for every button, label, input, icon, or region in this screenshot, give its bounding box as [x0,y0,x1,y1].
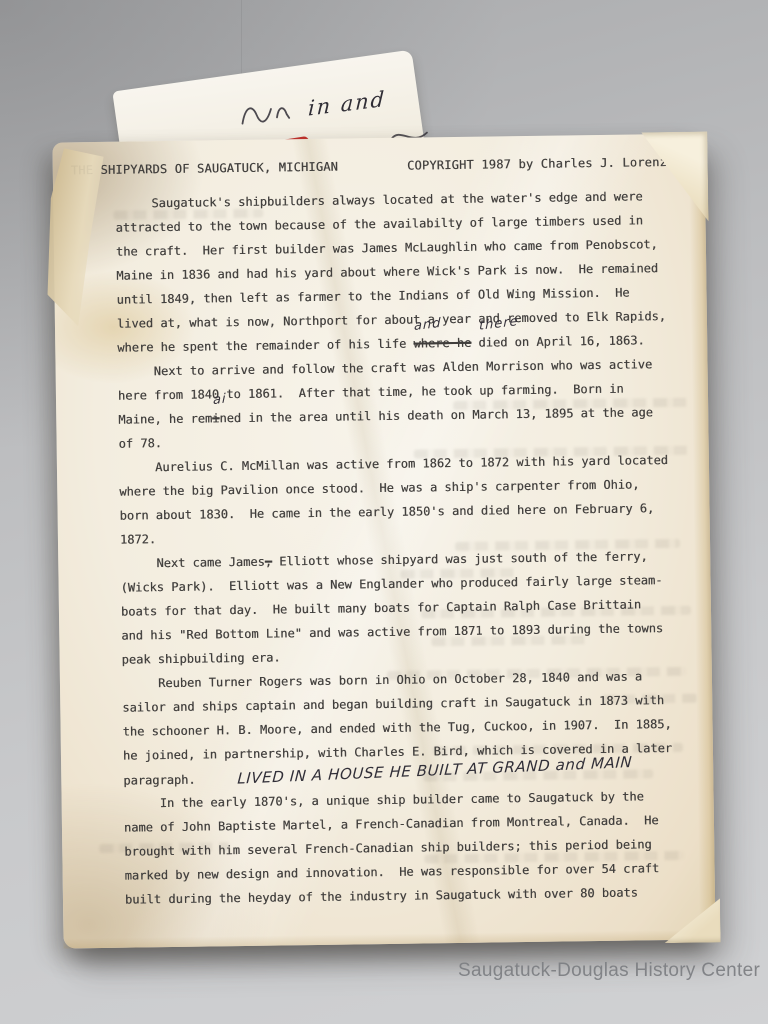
watermark: Saugatuck-Douglas History Center [458,960,760,982]
typed-text: sailor and ships captain and began build… [122,693,664,715]
typed-text: paragraph. [123,773,195,788]
typed-text: born about 1830. He came in the early 18… [120,501,655,522]
typed-text: Elliott whose shipyard was just south of… [272,549,648,568]
typed-text: Maine in 1836 and had his yard about whe… [116,261,658,283]
document-text: THE SHIPYARDS OF SAUGATUCK, MICHIGANCOPY… [52,133,715,912]
typed-text: brought with him several French-Canadian… [124,837,652,858]
typed-text: (Wicks Park). Elliott was a New Englande… [121,573,663,595]
typed-text: the schooner H. B. Moore, and ended with… [123,717,672,739]
typed-text: attracted to the town because of the ava… [116,213,644,234]
typed-text: 1872. [120,532,156,547]
typed-text: Next to arrive and follow the craft was … [118,357,653,378]
typed-text: Reuben Turner Rogers was born in Ohio on… [122,669,642,690]
document-title-line: THE SHIPYARDS OF SAUGATUCK, MICHIGANCOPY… [71,150,677,182]
typed-text: In the early 1870's, a unique ship build… [124,789,644,810]
struck-text: i [212,411,219,425]
document-title: THE SHIPYARDS OF SAUGATUCK, MICHIGAN [71,160,338,178]
page-bottom-edge [64,929,716,948]
typed-text: built during the heyday of the industry … [125,885,638,906]
typed-text: peak shipbuilding era. [122,650,281,666]
typed-text: where he spent the remainder of his life [117,337,413,355]
typed-text: lived at, what is now, Northport for abo… [117,309,666,331]
typed-text: on April 16, 1863. [507,333,644,349]
typed-text: Saugatuck's shipbuilders always located … [115,189,643,210]
document-page: THE SHIPYARDS OF SAUGATUCK, MICHIGANCOPY… [52,133,715,948]
typed-text: where the big Pavilion once stood. He wa… [119,477,639,498]
bottom-right-corner-fold [664,898,721,943]
typed-text: Next came James [120,555,265,571]
typed-text: marked by new design and innovation. He … [125,861,660,882]
typed-text: name of John Baptiste Martel, a French-C… [124,813,659,834]
typed-text: until 1849, then left as farmer to the I… [117,286,630,307]
typed-lines: Saugatuck's shipbuilders always located … [115,184,687,912]
typed-text: boats for that day. He built many boats … [121,597,641,618]
handwritten-annotation: ai [213,391,227,408]
typed-text: of 78. [119,436,163,451]
handwritten-annotation: and [414,316,442,334]
typed-text: died [478,335,507,349]
typed-text: and his "Red Bottom Line" and was active… [121,621,663,643]
struck-text: where he [413,336,471,351]
title-gap [338,170,407,171]
typed-text: the craft. Her first builder was James M… [116,237,658,259]
handwritten-annotation: there [479,314,519,334]
typed-text: here from 1840 to 1861. After that time,… [118,382,624,403]
typed-text: Maine, he rem [118,411,212,426]
copyright-notice: COPYRIGHT 1987 by Charles J. Lorenz [407,155,667,173]
photo-scene: in and THE SHIPYARDS OF SAUGATUCK, MICHI… [0,0,768,1024]
typed-text: Aurelius C. McMillan was active from 186… [119,453,668,475]
typed-text: ned in the area until his death on March… [219,405,653,425]
